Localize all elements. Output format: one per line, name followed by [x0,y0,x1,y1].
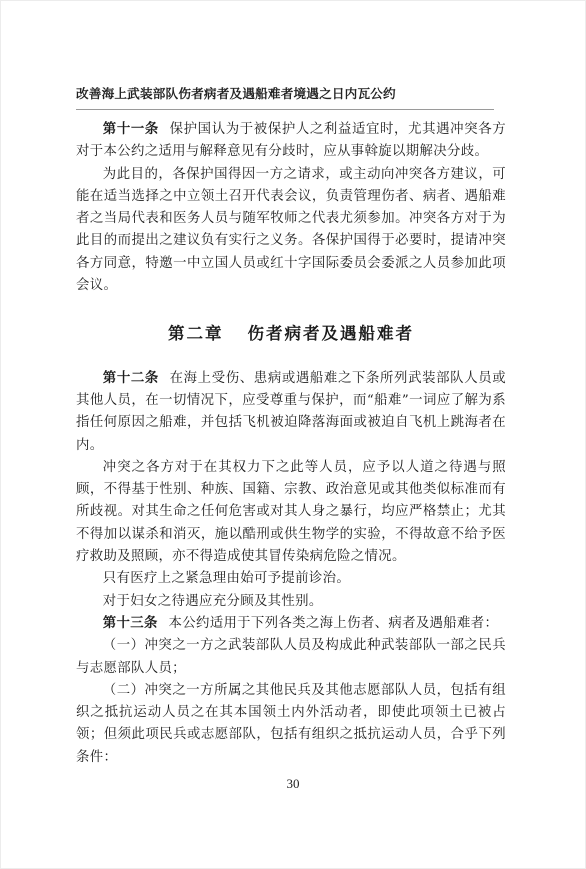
article-12-paragraph-2: 冲突之各方对于在其权力下之此等人员，应予以人道之待遇与照顾，不得基于性别、种族、… [76,457,506,568]
article-11-label: 第十一条 [103,122,159,137]
article-13-paragraph-intro: 第十三条本公约适用于下列各类之海上伤者、病者及遇船难者： [76,613,506,635]
article-13-text-intro: 本公约适用于下列各类之海上伤者、病者及遇船难者： [168,616,498,631]
article-11-paragraph-1: 第十一条保护国认为于被保护人之利益适宜时，尤其遇冲突各方对于本公约之适用与解释意… [76,119,506,164]
article-12-paragraph-1: 第十二条在海上受伤、患病或遇船难之下条所列武装部队人员或其他人员，在一切情况下，… [76,368,506,457]
chapter-title: 伤者病者及遇船难者 [248,324,415,343]
chapter-number: 第二章 [168,324,224,343]
article-12-label: 第十二条 [103,371,159,386]
article-11-paragraph-2: 为此目的，各保护国得因一方之请求，或主动向冲突各方建议，可能在适当选择之中立领土… [76,164,506,298]
article-12-paragraph-4: 对于妇女之待遇应充分顾及其性别。 [76,591,506,613]
header-rule [76,109,494,110]
running-header: 改善海上武装部队伤者病者及遇船难者境遇之日内瓦公约 [76,83,396,102]
page-number: 30 [0,776,586,792]
chapter-heading: 第二章伤者病者及遇船难者 [76,323,506,345]
article-13-item-1: （一）冲突之一方之武装部队人员及构成此种武装部队一部之民兵与志愿部队人员； [76,635,506,680]
page-body: 第十一条保护国认为于被保护人之利益适宜时，尤其遇冲突各方对于本公约之适用与解释意… [76,119,506,769]
article-13-item-2: （二）冲突之一方所属之其他民兵及其他志愿部队人员，包括有组织之抵抗运动人员之在其… [76,680,506,769]
article-12-paragraph-3: 只有医疗上之紧急理由始可予提前诊治。 [76,568,506,590]
article-13-label: 第十三条 [103,616,158,631]
